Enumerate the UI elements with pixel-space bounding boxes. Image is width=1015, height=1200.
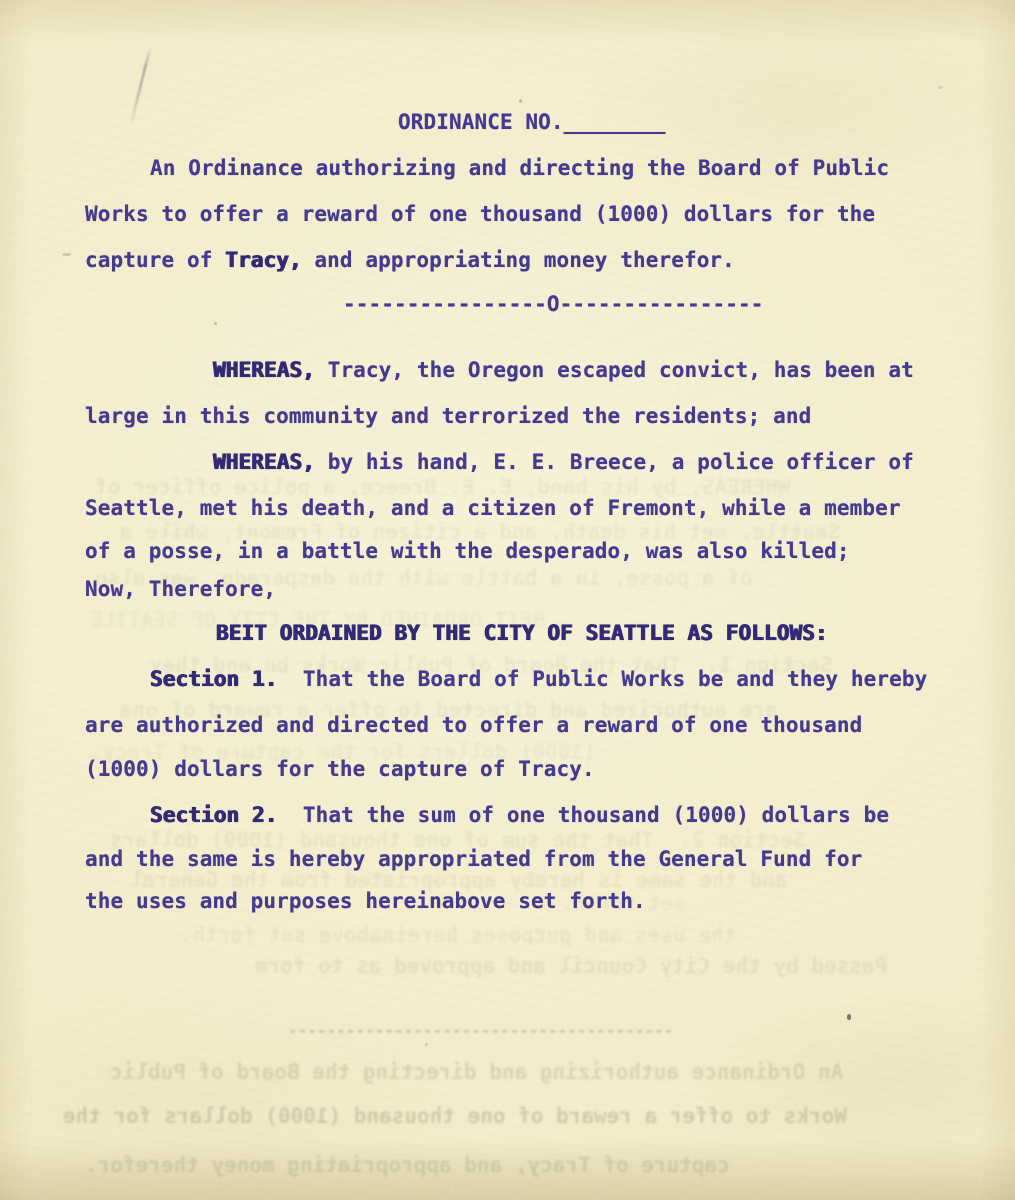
emphasized-text: WHEREAS, [213, 358, 315, 382]
emphasized-text: WHEREAS, [213, 450, 315, 474]
document-line: and the same is hereby appropriated from… [85, 849, 862, 870]
scanned-document-page: WHEREAS, by his hand, E. E. Breece, a po… [0, 0, 1015, 1200]
section-divider: ----------------O---------------- [343, 294, 764, 315]
document-line: WHEREAS, Tracy, the Oregon escaped convi… [213, 360, 914, 381]
document-line: WHEREAS, by his hand, E. E. Breece, a po… [213, 452, 914, 473]
document-line: capture of Tracy, and appropriating mone… [85, 250, 735, 271]
document-text-layer: ORDINANCE NO.________An Ordinance author… [0, 0, 1015, 1200]
document-line: are authorized and directed to offer a r… [85, 715, 862, 736]
emphasized-text: Section 2. [150, 803, 277, 827]
emphasized-text: Section 1. [150, 667, 277, 691]
document-line: the uses and purposes hereinabove set fo… [85, 891, 646, 912]
document-title: ORDINANCE NO.________ [398, 112, 666, 133]
document-line: Section 1. That the Board of Public Work… [150, 669, 927, 690]
document-line: Section 2. That the sum of one thousand … [150, 805, 889, 826]
emphasized-text: Tracy, [225, 248, 301, 272]
document-line: of a posse, in a battle with the despera… [85, 541, 850, 562]
emphasized-text: BEIT ORDAINED BY THE CITY OF SEATTLE AS … [216, 621, 828, 645]
document-line: (1000) dollars for the capture of Tracy. [85, 759, 595, 780]
document-line: Now, Therefore, [85, 579, 276, 600]
document-line: BEIT ORDAINED BY THE CITY OF SEATTLE AS … [216, 623, 828, 644]
document-line: Works to offer a reward of one thousand … [85, 204, 875, 225]
document-line: Seattle, met his death, and a citizen of… [85, 498, 901, 519]
document-line: large in this community and terrorized t… [85, 406, 811, 427]
document-line: An Ordinance authorizing and directing t… [150, 158, 889, 179]
